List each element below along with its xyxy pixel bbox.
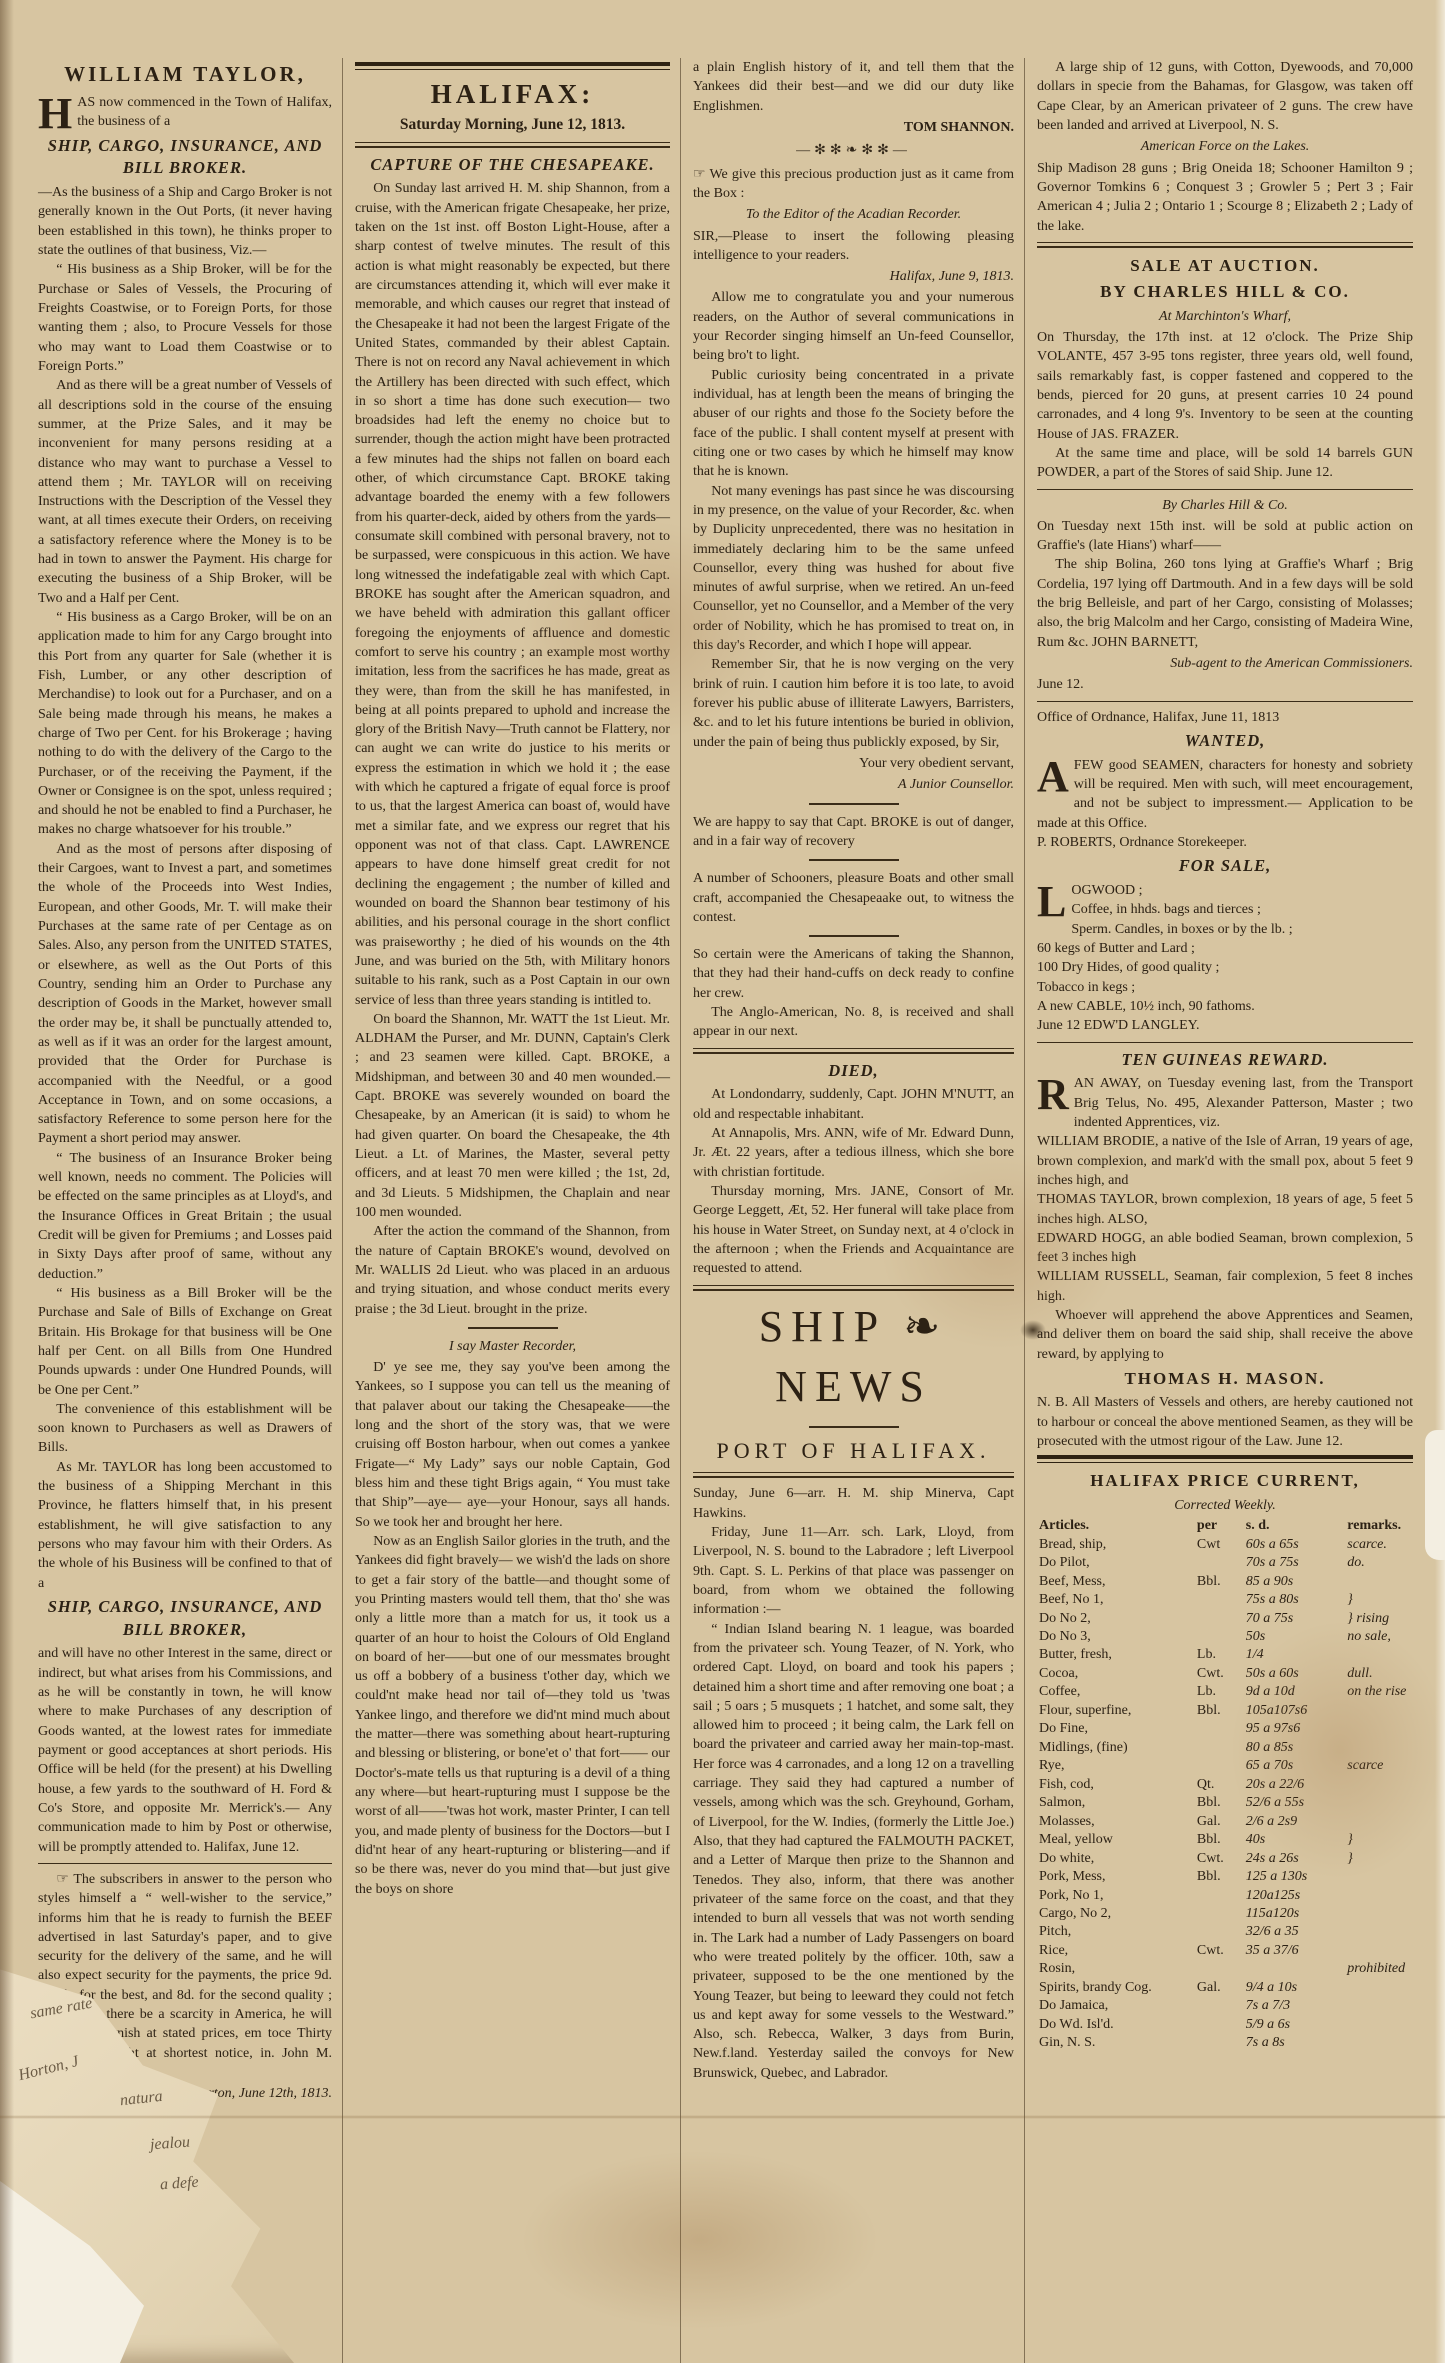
paragraph: The convenience of this establishment wi… xyxy=(38,1400,332,1458)
heading-capture-chesapeake: CAPTURE OF THE CHESAPEAKE. xyxy=(355,154,670,177)
masthead-date: Saturday Morning, June 12, 1813. xyxy=(355,114,670,135)
drop-cap: H xyxy=(38,93,77,132)
paragraph: On board the Shannon, Mr. WATT the 1st L… xyxy=(355,1010,670,1222)
paragraph: June 12 EDW'D LANGLEY. xyxy=(1037,1016,1413,1035)
price-cell: Cwt. xyxy=(1195,1850,1244,1868)
price-cell: Fish, cod, xyxy=(1037,1776,1195,1794)
heading-wanted: WANTED, xyxy=(1037,730,1413,753)
price-cell: 85 a 90s xyxy=(1244,1573,1346,1591)
price-col-header: Articles. xyxy=(1037,1517,1195,1535)
price-cell: Do Fine, xyxy=(1037,1720,1195,1738)
paragraph: A new CABLE, 10½ inch, 90 fathoms. xyxy=(1037,997,1413,1016)
paper-tear-notch xyxy=(1425,1430,1445,1560)
price-table-row: Gin, N. S.7s a 8s xyxy=(1037,2034,1413,2052)
divider-rule xyxy=(809,935,899,937)
paragraph: Tobacco in kegs ; xyxy=(1037,978,1413,997)
paragraph: RAN AWAY, on Tuesday evening last, from … xyxy=(1037,1074,1413,1132)
signature-junior-counsellor: A Junior Counsellor. xyxy=(693,775,1014,794)
price-cell: Butter, fresh, xyxy=(1037,1646,1195,1664)
price-cell: Rosin, xyxy=(1037,1960,1195,1978)
heading-for-sale: FOR SALE, xyxy=(1037,855,1413,878)
price-table-header: Articles.pers. d.remarks. xyxy=(1037,1517,1413,1535)
price-cell: 9/4 a 10s xyxy=(1244,1979,1346,1997)
price-cell xyxy=(1195,2034,1244,2052)
price-cell: Do Wd. Isl'd. xyxy=(1037,2016,1195,2034)
paragraph: and will have no other Interest in the s… xyxy=(38,1644,332,1856)
price-cell: Beef, Mess, xyxy=(1037,1573,1195,1591)
price-cell: 35 a 37/6 xyxy=(1244,1942,1346,1960)
floral-divider-ornament: —✻✻❧✻✻— xyxy=(693,141,1014,160)
price-cell: Do white, xyxy=(1037,1850,1195,1868)
paragraph: “ His business as a Cargo Broker, will b… xyxy=(38,608,332,840)
price-cell: Bread, ship, xyxy=(1037,1536,1195,1554)
paragraph: “ The business of an Insurance Broker be… xyxy=(38,1149,332,1284)
stain-large xyxy=(520,520,780,740)
paragraph: We are happy to say that Capt. BROKE is … xyxy=(693,813,1014,852)
price-cell xyxy=(1345,2034,1413,2052)
drop-cap: R xyxy=(1037,1074,1074,1113)
price-cell: Bbl. xyxy=(1195,1831,1244,1849)
price-col-header: remarks. xyxy=(1345,1517,1413,1535)
price-cell: Gin, N. S. xyxy=(1037,2034,1195,2052)
price-cell: Pitch, xyxy=(1037,1923,1195,1941)
heading-port-of-halifax: PORT OF HALIFAX. xyxy=(693,1436,1014,1466)
price-cell: Cwt. xyxy=(1195,1942,1244,1960)
heading-died: DIED, xyxy=(693,1060,1014,1083)
price-cell: 75s a 80s xyxy=(1244,1591,1346,1609)
torn-text-fragment: jealou xyxy=(149,2134,190,2155)
letter-salutation: To the Editor of the Acadian Recorder. xyxy=(693,205,1014,224)
paragraph: SHIP, CARGO, INSURANCE, AND BILL BROKER, xyxy=(38,1596,332,1642)
paragraph: At Marchinton's Wharf, xyxy=(1037,307,1413,326)
paragraph: LOGWOOD ; xyxy=(1037,881,1413,900)
drop-cap: A xyxy=(1037,756,1074,795)
paragraph: Sunday, June 6—arr. H. M. ship Minerva, … xyxy=(693,1484,1014,1523)
price-cell: Bbl. xyxy=(1195,1573,1244,1591)
letter-dateline: Halifax, June 9, 1813. xyxy=(693,267,1014,286)
price-cell: scarce. xyxy=(1345,1536,1413,1554)
paragraph: “ His business as a Ship Broker, will be… xyxy=(38,260,332,376)
price-cell: 70s a 75s xyxy=(1244,1554,1346,1572)
price-cell: Cargo, No 2, xyxy=(1037,1905,1195,1923)
paragraph: The Anglo-American, No. 8, is received a… xyxy=(693,1003,1014,1042)
price-cell xyxy=(1345,1997,1413,2015)
price-cell: 5/9 a 6s xyxy=(1244,2016,1346,2034)
paragraph: And as there will be a great number of V… xyxy=(38,376,332,608)
heading-charles-hill: BY CHARLES HILL & CO. xyxy=(1037,280,1413,303)
paragraph: Ship Madison 28 guns ; Brig Oneida 18; S… xyxy=(1037,159,1413,236)
signature-thomas-mason: THOMAS H. MASON. xyxy=(1037,1367,1413,1390)
price-table-row: Do Wd. Isl'd.5/9 a 6s xyxy=(1037,2016,1413,2034)
price-cell xyxy=(1244,1960,1346,1978)
price-cell: Cocoa, xyxy=(1037,1665,1195,1683)
heading-sale-at-auction: SALE AT AUCTION. xyxy=(1037,254,1413,277)
paragraph: A FEW good SEAMEN, characters for honest… xyxy=(1037,756,1413,833)
heading-master-recorder: I say Master Recorder, xyxy=(355,1337,670,1356)
price-cell: Do No 2, xyxy=(1037,1610,1195,1628)
price-cell: Beef, No 1, xyxy=(1037,1591,1195,1609)
price-col-header: s. d. xyxy=(1244,1517,1346,1535)
divider-rule xyxy=(38,1863,332,1864)
paragraph: Office of Ordnance, Halifax, June 11, 18… xyxy=(1037,708,1413,727)
price-cell xyxy=(1345,2016,1413,2034)
price-cell xyxy=(1195,1997,1244,2015)
price-cell: do. xyxy=(1345,1554,1413,1572)
paragraph: P. ROBERTS, Ordnance Storekeeper. xyxy=(1037,833,1413,852)
price-cell xyxy=(1345,1942,1413,1960)
price-cell: Meal, yellow xyxy=(1037,1831,1195,1849)
price-cell: Do No 3, xyxy=(1037,1628,1195,1646)
divider-rule xyxy=(468,1327,558,1329)
stain-mid xyxy=(880,1150,1120,1350)
price-cell xyxy=(1345,1923,1413,1941)
paragraph: “ His business as a Bill Broker will be … xyxy=(38,1284,332,1400)
price-cell: Cwt. xyxy=(1195,1665,1244,1683)
paragraph: A large ship of 12 guns, with Cotton, Dy… xyxy=(1037,58,1413,135)
paragraph: HAS now commenced in the Town of Halifax… xyxy=(38,93,332,132)
price-cell: } xyxy=(1345,1591,1413,1609)
price-cell: Rye, xyxy=(1037,1757,1195,1775)
price-cell: Midlings, (fine) xyxy=(1037,1739,1195,1757)
drop-cap: L xyxy=(1037,881,1071,920)
page-right-edge xyxy=(1435,0,1445,2363)
newspaper-page: WILLIAM TAYLOR,HAS now commenced in the … xyxy=(0,0,1445,2363)
price-cell: 7s a 8s xyxy=(1244,2034,1346,2052)
paragraph: At Londondarry, suddenly, Capt. JOHN M'N… xyxy=(693,1085,1014,1124)
heading-ten-guineas: TEN GUINEAS REWARD. xyxy=(1037,1049,1413,1072)
price-cell: Gal. xyxy=(1195,1813,1244,1831)
price-cell: Lb. xyxy=(1195,1646,1244,1664)
paragraph: June 12. xyxy=(1037,675,1413,694)
price-cell: Pork, Mess, xyxy=(1037,1868,1195,1886)
paragraph: Corrected Weekly. xyxy=(1037,1496,1413,1515)
price-cell xyxy=(1195,2016,1244,2034)
divider-rule xyxy=(809,859,899,861)
paragraph: 60 kegs of Butter and Lard ; xyxy=(1037,939,1413,958)
heading-ship-cargo-broker: SHIP, CARGO, INSURANCE, AND BILL BROKER. xyxy=(38,135,332,181)
divider-rule xyxy=(693,1472,1014,1478)
price-cell: Gal. xyxy=(1195,1979,1244,1997)
price-cell xyxy=(1195,1905,1244,1923)
signature-sub-agent: Sub-agent to the American Commissioners. xyxy=(1037,654,1413,673)
price-cell xyxy=(1345,1887,1413,1905)
price-cell: Do Pilot, xyxy=(1037,1554,1195,1572)
price-cell: 60s a 65s xyxy=(1244,1536,1346,1554)
stain-bottom xyxy=(520,2150,880,2330)
paragraph: —As the business of a Ship and Cargo Bro… xyxy=(38,183,332,260)
price-table-row: Beef, Mess,Bbl.85 a 90s xyxy=(1037,1573,1413,1591)
paragraph: SIR,—Please to insert the following plea… xyxy=(693,227,1014,266)
price-cell: Spirits, brandy Cog. xyxy=(1037,1979,1195,1997)
signature-tom-shannon: TOM SHANNON. xyxy=(693,118,1014,137)
masthead-rule xyxy=(355,62,670,70)
paragraph: Sperm. Candles, in boxes or by the lb. ; xyxy=(1037,920,1413,939)
price-cell: 120a125s xyxy=(1244,1887,1346,1905)
price-cell xyxy=(1345,1905,1413,1923)
price-table-row: Rosin,prohibited xyxy=(1037,1960,1413,1978)
heading-price-current: HALIFAX PRICE CURRENT, xyxy=(1037,1469,1413,1492)
price-cell xyxy=(1195,1887,1244,1905)
paragraph: “ Indian Island bearing N. 1 league, was… xyxy=(693,1620,1014,2084)
paragraph: After the action the command of the Shan… xyxy=(355,1222,670,1319)
paragraph: a plain English history of it, and tell … xyxy=(693,58,1014,116)
price-cell: Cwt xyxy=(1195,1536,1244,1554)
price-table-row: Pork, No 1,120a125s xyxy=(1037,1887,1413,1905)
divider-rule xyxy=(693,1048,1014,1054)
price-cell: 115a120s xyxy=(1244,1905,1346,1923)
paragraph: On Tuesday next 15th inst. will be sold … xyxy=(1037,517,1413,556)
price-cell xyxy=(1345,1573,1413,1591)
price-col-header: per xyxy=(1195,1517,1244,1535)
paragraph: Friday, June 11—Arr. sch. Lark, Lloyd, f… xyxy=(693,1523,1014,1620)
price-table-row: Do Pilot,70s a 75sdo. xyxy=(1037,1554,1413,1572)
price-cell xyxy=(1195,1923,1244,1941)
paragraph: Coffee, in hhds. bags and tierces ; xyxy=(1037,900,1413,919)
price-cell: Flour, superfine, xyxy=(1037,1702,1195,1720)
price-cell xyxy=(1195,1960,1244,1978)
price-cell: 32/6 a 35 xyxy=(1244,1923,1346,1941)
paragraph: Allow me to congratulate you and your nu… xyxy=(693,288,1014,365)
paragraph: Your very obedient servant, xyxy=(693,754,1014,773)
paragraph: N. B. All Masters of Vessels and others,… xyxy=(1037,1393,1413,1451)
stain-right xyxy=(1230,1620,1445,1880)
divider-rule xyxy=(1037,1042,1413,1043)
paragraph: The ship Bolina, 260 tons lying at Graff… xyxy=(1037,555,1413,652)
paragraph: Whoever will apprehend the above Apprent… xyxy=(1037,1306,1413,1364)
price-cell: Do Jamaica, xyxy=(1037,1997,1195,2015)
paragraph: So certain were the Americans of taking … xyxy=(693,945,1014,1003)
price-cell xyxy=(1195,1628,1244,1646)
paragraph: A number of Schooners, pleasure Boats an… xyxy=(693,869,1014,927)
price-cell: Bbl. xyxy=(1195,1868,1244,1886)
fold-crease xyxy=(0,2115,1445,2119)
price-cell: 7s a 7/3 xyxy=(1244,1997,1346,2015)
divider-rule xyxy=(355,142,670,148)
paragraph: At the same time and place, will be sold… xyxy=(1037,444,1413,483)
columns-container: WILLIAM TAYLOR,HAS now commenced in the … xyxy=(26,58,1423,2363)
divider-rule xyxy=(1037,242,1413,248)
page-left-edge-shadow xyxy=(0,0,14,2363)
price-table-row: Rice,Cwt.35 a 37/6 xyxy=(1037,1942,1413,1960)
paragraph: By Charles Hill & Co. xyxy=(1037,496,1413,515)
paragraph: As Mr. TAYLOR has long been accustomed t… xyxy=(38,1458,332,1593)
paragraph: WILLIAM BRODIE, a native of the Isle of … xyxy=(1037,1132,1413,1190)
paragraph: D' ye see me, they say you've been among… xyxy=(355,1358,670,1532)
divider-rule xyxy=(809,1426,899,1428)
price-cell: Molasses, xyxy=(1037,1813,1195,1831)
price-cell: Pork, No 1, xyxy=(1037,1887,1195,1905)
torn-text-fragment: a defe xyxy=(159,2174,199,2195)
paragraph: On Thursday, the 17th inst. at 12 o'cloc… xyxy=(1037,328,1413,444)
price-cell: Coffee, xyxy=(1037,1683,1195,1701)
paragraph: 100 Dry Hides, of good quality ; xyxy=(1037,958,1413,977)
paragraph: And as the most of persons after disposi… xyxy=(38,840,332,1149)
price-table-row: Do Jamaica,7s a 7/3 xyxy=(1037,1997,1413,2015)
column-2: HALIFAX:Saturday Morning, June 12, 1813.… xyxy=(342,58,680,2363)
price-table-row: Beef, No 1,75s a 80s} xyxy=(1037,1591,1413,1609)
price-table-row: Pitch,32/6 a 35 xyxy=(1037,1923,1413,1941)
price-cell xyxy=(1195,1591,1244,1609)
price-cell: Rice, xyxy=(1037,1942,1195,1960)
price-table-row: Spirits, brandy Cog.Gal.9/4 a 10s xyxy=(1037,1979,1413,1997)
divider-rule xyxy=(1037,701,1413,702)
price-table-row: Bread, ship,Cwt60s a 65sscarce. xyxy=(1037,1536,1413,1554)
price-cell: Lb. xyxy=(1195,1683,1244,1701)
price-cell: Salmon, xyxy=(1037,1794,1195,1812)
heading-william-taylor: WILLIAM TAYLOR, xyxy=(38,60,332,89)
paragraph: ☞ We give this precious production just … xyxy=(693,165,1014,204)
divider-rule xyxy=(1037,1455,1413,1463)
price-cell xyxy=(1345,1979,1413,1997)
price-cell: prohibited xyxy=(1345,1960,1413,1978)
price-table-row: Cargo, No 2,115a120s xyxy=(1037,1905,1413,1923)
paragraph: Now as an English Sailor glories in the … xyxy=(355,1532,670,1899)
heading-american-force: American Force on the Lakes. xyxy=(1037,137,1413,156)
divider-rule xyxy=(809,803,899,805)
divider-rule xyxy=(1037,489,1413,490)
price-cell xyxy=(1195,1554,1244,1572)
paragraph: Public curiosity being concentrated in a… xyxy=(693,366,1014,482)
masthead-title: HALIFAX: xyxy=(355,76,670,113)
price-cell xyxy=(1195,1610,1244,1628)
